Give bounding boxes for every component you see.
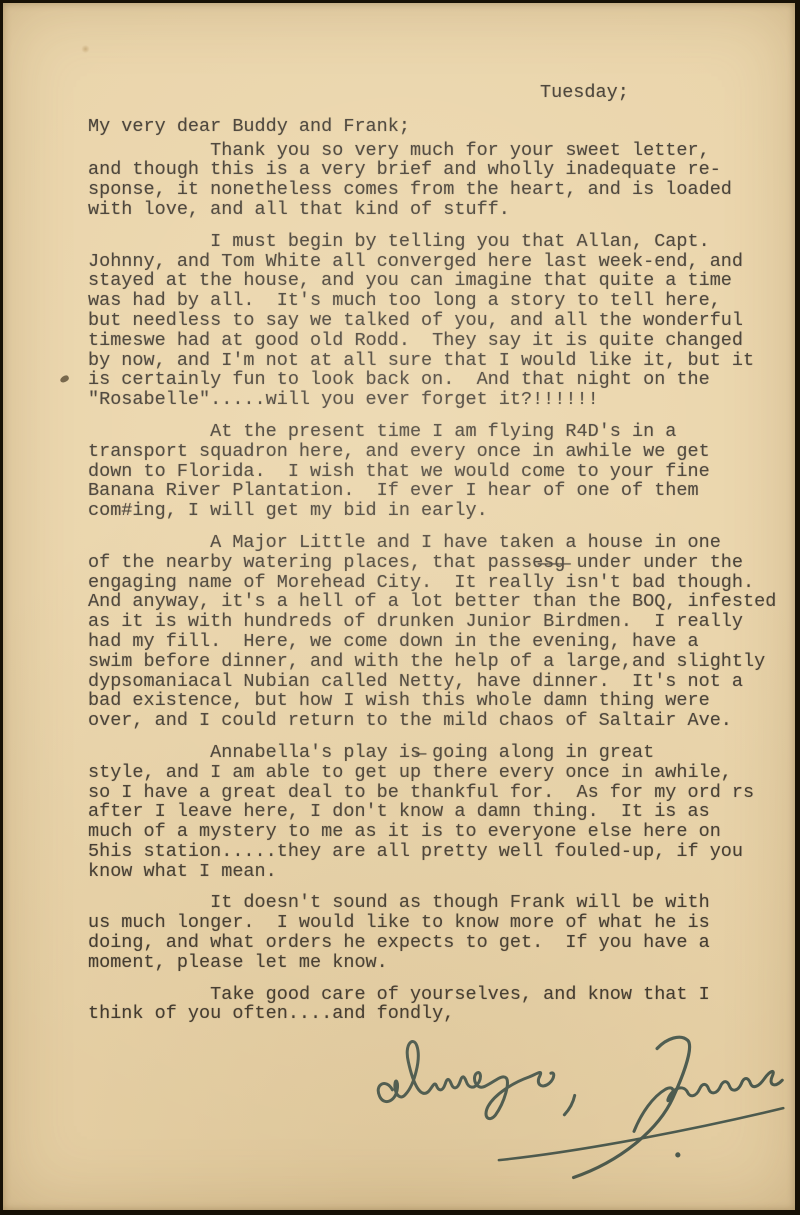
letter-paragraph: Take good care of yourselves, and know t… <box>88 985 788 1025</box>
letter-body: Thank you so very much for your sweet le… <box>88 141 795 1025</box>
letter-paragraph: Annabella's play is̶ going along in grea… <box>88 743 788 882</box>
letter-page: Tuesday; My very dear Buddy and Frank; T… <box>0 0 800 1215</box>
signature-comma-stroke <box>564 1095 576 1114</box>
signature-tyrone-letters <box>632 1071 784 1131</box>
paper-stain <box>81 45 90 53</box>
signature-always-stroke <box>377 1037 556 1123</box>
ink-fleck <box>59 374 70 383</box>
signature-ink-dot <box>675 1152 680 1157</box>
signature: Always, Tyrone <box>372 1018 800 1191</box>
salutation: My very dear Buddy and Frank; <box>88 117 795 137</box>
letter-paragraph: I must begin by telling you that Allan, … <box>88 232 788 410</box>
letter-paragraph: It doesn't sound as though Frank will be… <box>88 893 788 972</box>
signature-tyrone-downstroke <box>569 1037 694 1178</box>
dateline: Tuesday; <box>88 83 795 103</box>
letter-paragraph: A Major Little and I have taken a house … <box>88 533 788 731</box>
letter-paragraph: At the present time I am flying R4D's in… <box>88 422 788 521</box>
letter-paragraph: Thank you so very much for your sweet le… <box>88 141 788 220</box>
